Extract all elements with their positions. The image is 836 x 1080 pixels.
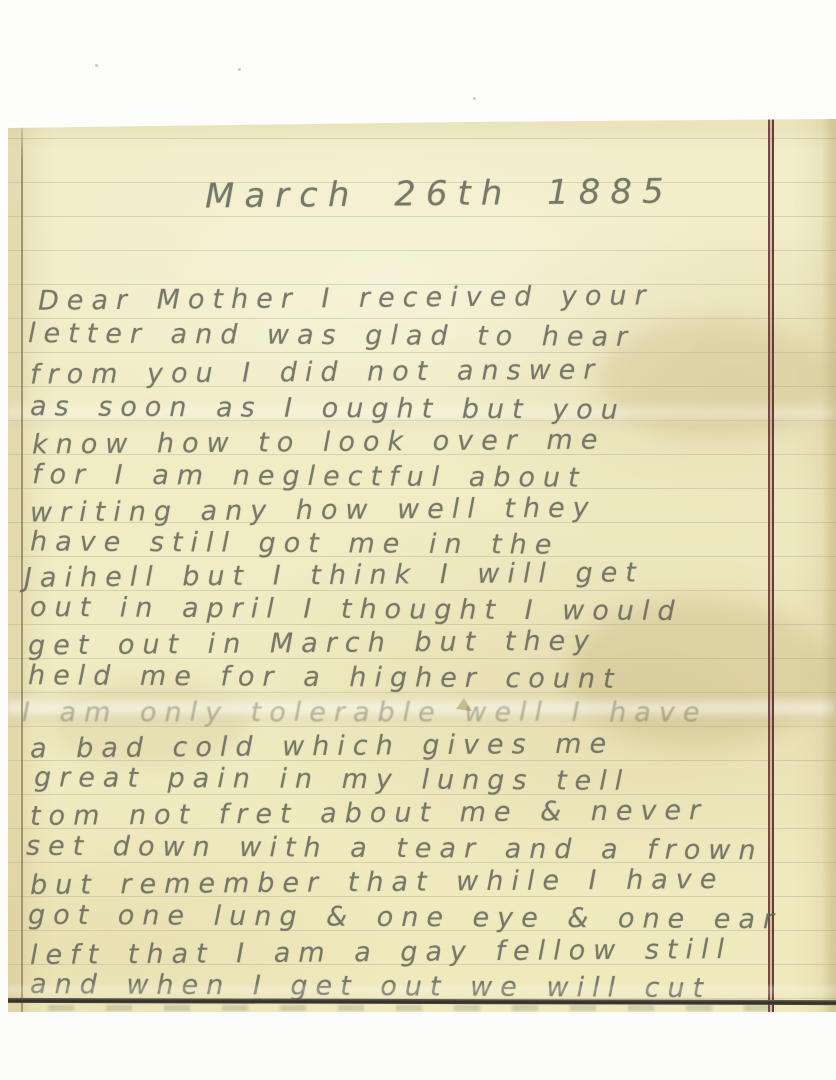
letter-line: Jaihell but I think I will get bbox=[24, 559, 644, 591]
letter-date: March 26th 1885 bbox=[205, 172, 674, 217]
letter-line: from you I did not answer bbox=[30, 357, 603, 389]
letter-line: writing any how well they bbox=[30, 495, 597, 527]
cut-off-text-tops bbox=[48, 1005, 776, 1011]
letter-line: tom not fret about me & never bbox=[30, 797, 708, 830]
letter-line: have still got me in the bbox=[30, 528, 560, 558]
dust-speck bbox=[238, 68, 241, 71]
paper-right-edge-shadow bbox=[822, 118, 836, 1012]
letter-line: get out in March but they bbox=[28, 628, 597, 660]
letter-line: held me for a higher count bbox=[28, 662, 622, 693]
letter-line: great pain in my lungs tell bbox=[34, 764, 630, 795]
letter-line: got one lung & one eye & one ear bbox=[28, 902, 782, 934]
letter-line: but remember that while I have bbox=[30, 866, 725, 899]
dust-speck bbox=[95, 64, 98, 67]
letter-line: set down with a tear and a frown bbox=[26, 833, 764, 865]
letter-line: as soon as I ought but you bbox=[30, 393, 626, 424]
letter-line: know how to look over me bbox=[32, 426, 606, 458]
letter-line: letter and was glad to hear bbox=[28, 320, 635, 351]
scanner-background: March 26th 1885 Dear Mother I received y… bbox=[0, 0, 836, 1080]
letter-line: a bad cold which gives me bbox=[30, 730, 614, 762]
right-margin-rule bbox=[768, 118, 775, 1012]
letter-line: Dear Mother I received your bbox=[38, 282, 654, 314]
left-edge-line bbox=[21, 122, 23, 1012]
letter-line: left that I am a gay fellow still bbox=[30, 936, 732, 969]
dust-speck bbox=[473, 97, 476, 100]
fold-highlight bbox=[8, 986, 836, 998]
letter-line: out in april I thought I would bbox=[30, 594, 683, 625]
letter-page: March 26th 1885 Dear Mother I received y… bbox=[8, 118, 836, 1012]
letter-line: I am only tolerable well I have bbox=[22, 699, 707, 726]
letter-line: for I am neglectful about bbox=[32, 461, 587, 491]
